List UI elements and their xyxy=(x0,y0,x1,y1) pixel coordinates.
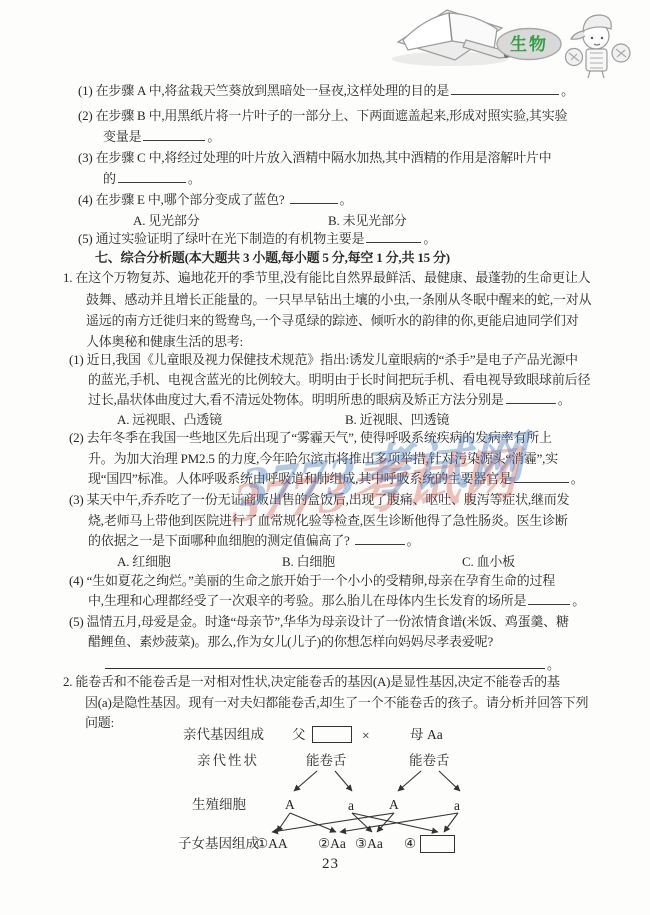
q1-sub5-1: (5) 温情五月,母爱是金。时逢“母亲节”,华华为母亲设计了一份浓情食谱(米饭、… xyxy=(69,613,569,630)
text-run: (2) 去年冬季在我国一些地区先后出现了“雾霾天气”, 使得呼吸系统疾病的发病率… xyxy=(69,430,552,445)
q1-sub5-answer-line: 。 xyxy=(103,656,560,673)
text-run: (4) “生如夏花之绚烂。”美丽的生命之旅开始于一个小小的受精卵,母亲在孕育生命… xyxy=(69,573,555,588)
answer-blank xyxy=(506,391,556,404)
q1-intro-2: 鼓舞、感动并且增长正能量的。一只早早钻出土壤的小虫,一条刚从冬眠中醒来的蛇,一对… xyxy=(86,291,591,308)
text-run: 。 xyxy=(572,593,585,608)
answer-blank xyxy=(366,230,421,243)
q1-sub1-1: (1) 近日,我国《儿童眼及视力保健技术规范》指出:诱发儿童眼病的“杀手”是电子… xyxy=(69,351,578,368)
q6-item-4: (4) 在步骤 E 中,哪个部分变成了蓝色? 。 xyxy=(78,191,352,208)
text-run: 1. 在这个万物复苏、遍地花开的季节里,没有能比自然界最鲜活、最健康、最蓬勃的生… xyxy=(63,270,590,285)
text-run: (4) 在步骤 E 中,哪个部分变成了蓝色? xyxy=(78,192,288,207)
answer-blank xyxy=(143,128,205,141)
text-run: 鼓舞、感动并且增长正能量的。一只早早钻出土壤的小虫,一条刚从冬眠中醒来的蛇,一对… xyxy=(86,292,591,307)
q2-intro-1: 2. 能卷舌和不能卷舌是一对相对性状,决定能卷舌的基因(A)是显性基因,决定不能… xyxy=(63,673,560,690)
text-run: 因(a)是隐性基因。现有一对夫妇都能卷舌,却生了一个不能卷舌的孩子。请分析并回答… xyxy=(85,695,588,710)
text-run: 。 xyxy=(423,231,436,246)
text-run: A. 远视眼、凸透镜 xyxy=(117,411,222,428)
answer-blank xyxy=(355,532,405,545)
text-run: 过长,晶状体曲度过大,看不清远处物体。明明所患的眼病及矫正方法分别是 xyxy=(88,392,504,407)
q1-sub1-options: A. 远视眼、凸透镜B. 近视眼、凹透镜 xyxy=(0,411,650,428)
text-run: (5) 温情五月,母爱是金。时逢“母亲节”,华华为母亲设计了一份浓情食谱(米饭、… xyxy=(69,614,569,629)
q1-sub3-options: A. 红细胞B. 白细胞C. 血小板 xyxy=(0,553,650,570)
q6-item-1: (1) 在步骤 A 中,将盆栽天竺葵放到黑暗处一昼夜,这样处理的目的是。 xyxy=(78,82,574,99)
text-run: A. 见光部分 xyxy=(133,212,200,229)
text-run: B. 近视眼、凹透镜 xyxy=(345,411,449,428)
text-run: 的依据之一是下面哪种血细胞的测定值偏高了? xyxy=(88,533,353,548)
q1-intro-1: 1. 在这个万物复苏、遍地花开的季节里,没有能比自然界最鲜活、最健康、最蓬勃的生… xyxy=(63,269,590,286)
text-run: C. 血小板 xyxy=(462,553,515,570)
q1-intro-3: 遥远的南方迁徙归来的鸳鸯鸟,一个寻觅绿的踪迹、倾听水的韵律的你,更能启迪同学们对 xyxy=(86,312,579,329)
text-run: 。 xyxy=(571,471,584,486)
text-run: 。 xyxy=(407,533,420,548)
text-run: 升。为加大治理 PM2.5 的力度,今年哈尔滨市将推出多项举措,针对污染源头“消… xyxy=(88,451,558,466)
text-run: 烧,老师马上带他到医院进行了血常规化验等检查,医生诊断他得了急性肠炎。医生诊断 xyxy=(88,513,568,528)
text-run: 遥远的南方迁徙归来的鸳鸯鸟,一个寻觅绿的踪迹、倾听水的韵律的你,更能启迪同学们对 xyxy=(86,313,579,328)
text-run: 人体奥秘和健康生活的思考: xyxy=(86,334,243,349)
text-run: 的 xyxy=(103,171,116,186)
text-run: 。 xyxy=(547,657,560,672)
text-run: B. 未见光部分 xyxy=(328,212,407,229)
q1-sub1-2: 的蓝光,手机、电视含蓝光的比例较大。明明由于长时间把玩手机、看电视导致眼球前后径 xyxy=(88,371,590,388)
q1-sub2-3: 现“国四”标准。人体呼吸系统由呼吸道和肺组成,其中呼吸系统的主要器官是。 xyxy=(88,470,584,487)
text-run: (2) 在步骤 B 中,用黑纸片将一片叶子的一部分上、下两面遮盖起来,形成对照实… xyxy=(78,108,567,123)
text-run: (1) 在步骤 A 中,将盆栽天竺葵放到黑暗处一昼夜,这样处理的目的是 xyxy=(78,83,449,98)
q1-sub3-2: 烧,老师马上带他到医院进行了血常规化验等检查,医生诊断他得了急性肠炎。医生诊断 xyxy=(88,512,568,529)
q2-intro-2: 因(a)是隐性基因。现有一对夫妇都能卷舌,却生了一个不能卷舌的孩子。请分析并回答… xyxy=(85,694,588,711)
text-run: 。 xyxy=(561,83,574,98)
section-7-header: 七、综合分析题(本大题共 3 小题,每小题 5 分,每空 1 分,共 15 分) xyxy=(95,249,450,266)
text-run: B. 白细胞 xyxy=(282,553,335,570)
answer-blank xyxy=(105,656,545,669)
text-run: 中,生理和心理都经受了一次艰辛的考验。那么胎儿在母体内生长发育的场所是 xyxy=(88,593,526,608)
answer-blank xyxy=(514,470,569,483)
q1-sub3-1: (3) 某天中午,乔乔吃了一份无证商贩出售的盒饭后,出现了腹痛、呕吐、腹泻等症状… xyxy=(69,491,569,508)
q6-item-3-cont: 的。 xyxy=(103,170,201,187)
text-run: (5) 通过实验证明了绿叶在光下制造的有机物主要是 xyxy=(78,231,364,246)
text-run: (3) 某天中午,乔乔吃了一份无证商贩出售的盒饭后,出现了腹痛、呕吐、腹泻等症状… xyxy=(69,492,569,507)
q6-item-5: (5) 通过实验证明了绿叶在光下制造的有机物主要是。 xyxy=(78,230,436,247)
q6-item-2-cont: 变量是。 xyxy=(103,128,220,145)
text-run: 七、综合分析题(本大题共 3 小题,每小题 5 分,每空 1 分,共 15 分) xyxy=(95,250,450,265)
text-run: 2. 能卷舌和不能卷舌是一对相对性状,决定能卷舌的基因(A)是显性基因,决定不能… xyxy=(63,674,560,689)
answer-blank xyxy=(451,82,559,95)
q1-sub4-1: (4) “生如夏花之绚烂。”美丽的生命之旅开始于一个小小的受精卵,母亲在孕育生命… xyxy=(69,572,555,589)
answer-blank xyxy=(528,592,570,605)
text-run: 。 xyxy=(207,129,220,144)
text-run: 。 xyxy=(340,192,353,207)
text-run: 。 xyxy=(558,392,571,407)
text-run: 的蓝光,手机、电视含蓝光的比例较大。明明由于长时间把玩手机、看电视导致眼球前后径 xyxy=(88,372,590,387)
text-run: 现“国四”标准。人体呼吸系统由呼吸道和肺组成,其中呼吸系统的主要器官是 xyxy=(88,471,512,486)
text-run: 变量是 xyxy=(103,129,141,144)
q2-intro-3: 问题: xyxy=(85,714,114,731)
text-run: 问题: xyxy=(85,715,114,730)
text-run: A. 红细胞 xyxy=(117,553,171,570)
answer-blank xyxy=(118,170,186,183)
answer-blank xyxy=(290,191,338,204)
q6-item-3: (3) 在步骤 C 中,将经过处理的叶片放入酒精中隔水加热,其中酒精的作用是溶解… xyxy=(78,149,551,166)
q1-intro-4: 人体奥秘和健康生活的思考: xyxy=(86,333,243,350)
text-layer: (1) 在步骤 A 中,将盆栽天竺葵放到黑暗处一昼夜,这样处理的目的是。(2) … xyxy=(0,0,650,915)
q1-sub4-2: 中,生理和心理都经受了一次艰辛的考验。那么胎儿在母体内生长发育的场所是。 xyxy=(88,592,585,609)
q1-sub5-2: 醋鲤鱼、素炒菠菜)。那么,作为女儿(儿子)的你想怎样向妈妈尽孝表爱呢? xyxy=(88,633,493,650)
text-run: (1) 近日,我国《儿童眼及视力保健技术规范》指出:诱发儿童眼病的“杀手”是电子… xyxy=(69,352,578,367)
q6-item-4-options: A. 见光部分B. 未见光部分 xyxy=(0,212,650,229)
q1-sub3-3: 的依据之一是下面哪种血细胞的测定值偏高了? 。 xyxy=(88,532,419,549)
q6-item-2: (2) 在步骤 B 中,用黑纸片将一片叶子的一部分上、下两面遮盖起来,形成对照实… xyxy=(78,107,567,124)
exam-paper-page: 生物 (1) 在步骤 A 中,将盆栽天竺葵放到黑暗处一昼夜,这样处理的目的是。(… xyxy=(0,0,650,915)
q1-sub2-2: 升。为加大治理 PM2.5 的力度,今年哈尔滨市将推出多项举措,针对污染源头“消… xyxy=(88,450,558,467)
q1-sub2-1: (2) 去年冬季在我国一些地区先后出现了“雾霾天气”, 使得呼吸系统疾病的发病率… xyxy=(69,429,552,446)
q1-sub1-3: 过长,晶状体曲度过大,看不清远处物体。明明所患的眼病及矫正方法分别是。 xyxy=(88,391,571,408)
text-run: 醋鲤鱼、素炒菠菜)。那么,作为女儿(儿子)的你想怎样向妈妈尽孝表爱呢? xyxy=(88,634,493,649)
text-run: (3) 在步骤 C 中,将经过处理的叶片放入酒精中隔水加热,其中酒精的作用是溶解… xyxy=(78,150,551,165)
text-run: 。 xyxy=(188,171,201,186)
